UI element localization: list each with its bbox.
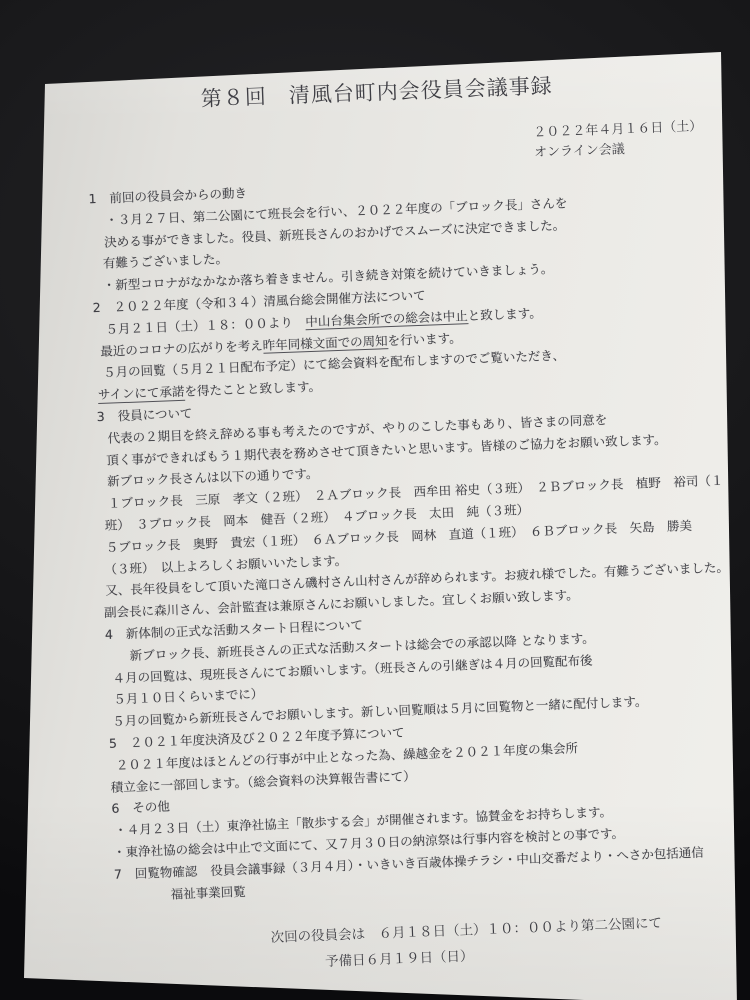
underlined-text-segment: サインにて承諾 <box>98 384 185 404</box>
document-title: 第８回 清風台町内会役員会議事録 <box>40 65 713 120</box>
text-segment: 最近のコロナの広がりを考え <box>100 337 263 358</box>
section-heading-text: その他 <box>132 799 170 815</box>
text-segment: ５月１０日くらいまでに） <box>113 686 263 707</box>
text-segment: を得たことと致します。 <box>184 379 321 399</box>
underlined-text-segment: 昨年同様文面での周知 <box>262 333 388 354</box>
meeting-minutes-document: 第８回 清風台町内会役員会議事録 ２０２２年４月１６日（土） オンライン会議 1… <box>40 53 746 985</box>
section-heading-text: 前回の役員会からの動き <box>109 185 247 205</box>
text-segment: と致します。 <box>467 305 542 323</box>
document-body: 1前回の役員会からの動き・３月２７日、第二公園にて班長会を行い、２０２２年度の「… <box>44 165 743 909</box>
text-segment: を行います。 <box>387 330 462 348</box>
text-segment: 有難うございました。 <box>103 251 228 271</box>
section-number: 6 <box>111 801 120 816</box>
text-segment: 福祉事業回覧 <box>170 883 246 901</box>
section-number: 4 <box>105 627 114 642</box>
section-heading-text: 役員について <box>117 405 192 423</box>
text-segment: ５月２１日（土）１８：００より <box>105 314 305 336</box>
section-number: 3 <box>96 409 105 424</box>
photo-background: 第８回 清風台町内会役員会議事録 ２０２２年４月１６日（土） オンライン会議 1… <box>0 0 750 1000</box>
section-number: 5 <box>109 736 118 751</box>
section-number: 2 <box>92 300 101 315</box>
section-number: 7 <box>114 866 123 881</box>
date-block: ２０２２年４月１６日（土） オンライン会議 <box>533 117 703 163</box>
section-heading-text: 回覧物確認 <box>135 863 198 880</box>
section-number: 1 <box>88 191 97 206</box>
